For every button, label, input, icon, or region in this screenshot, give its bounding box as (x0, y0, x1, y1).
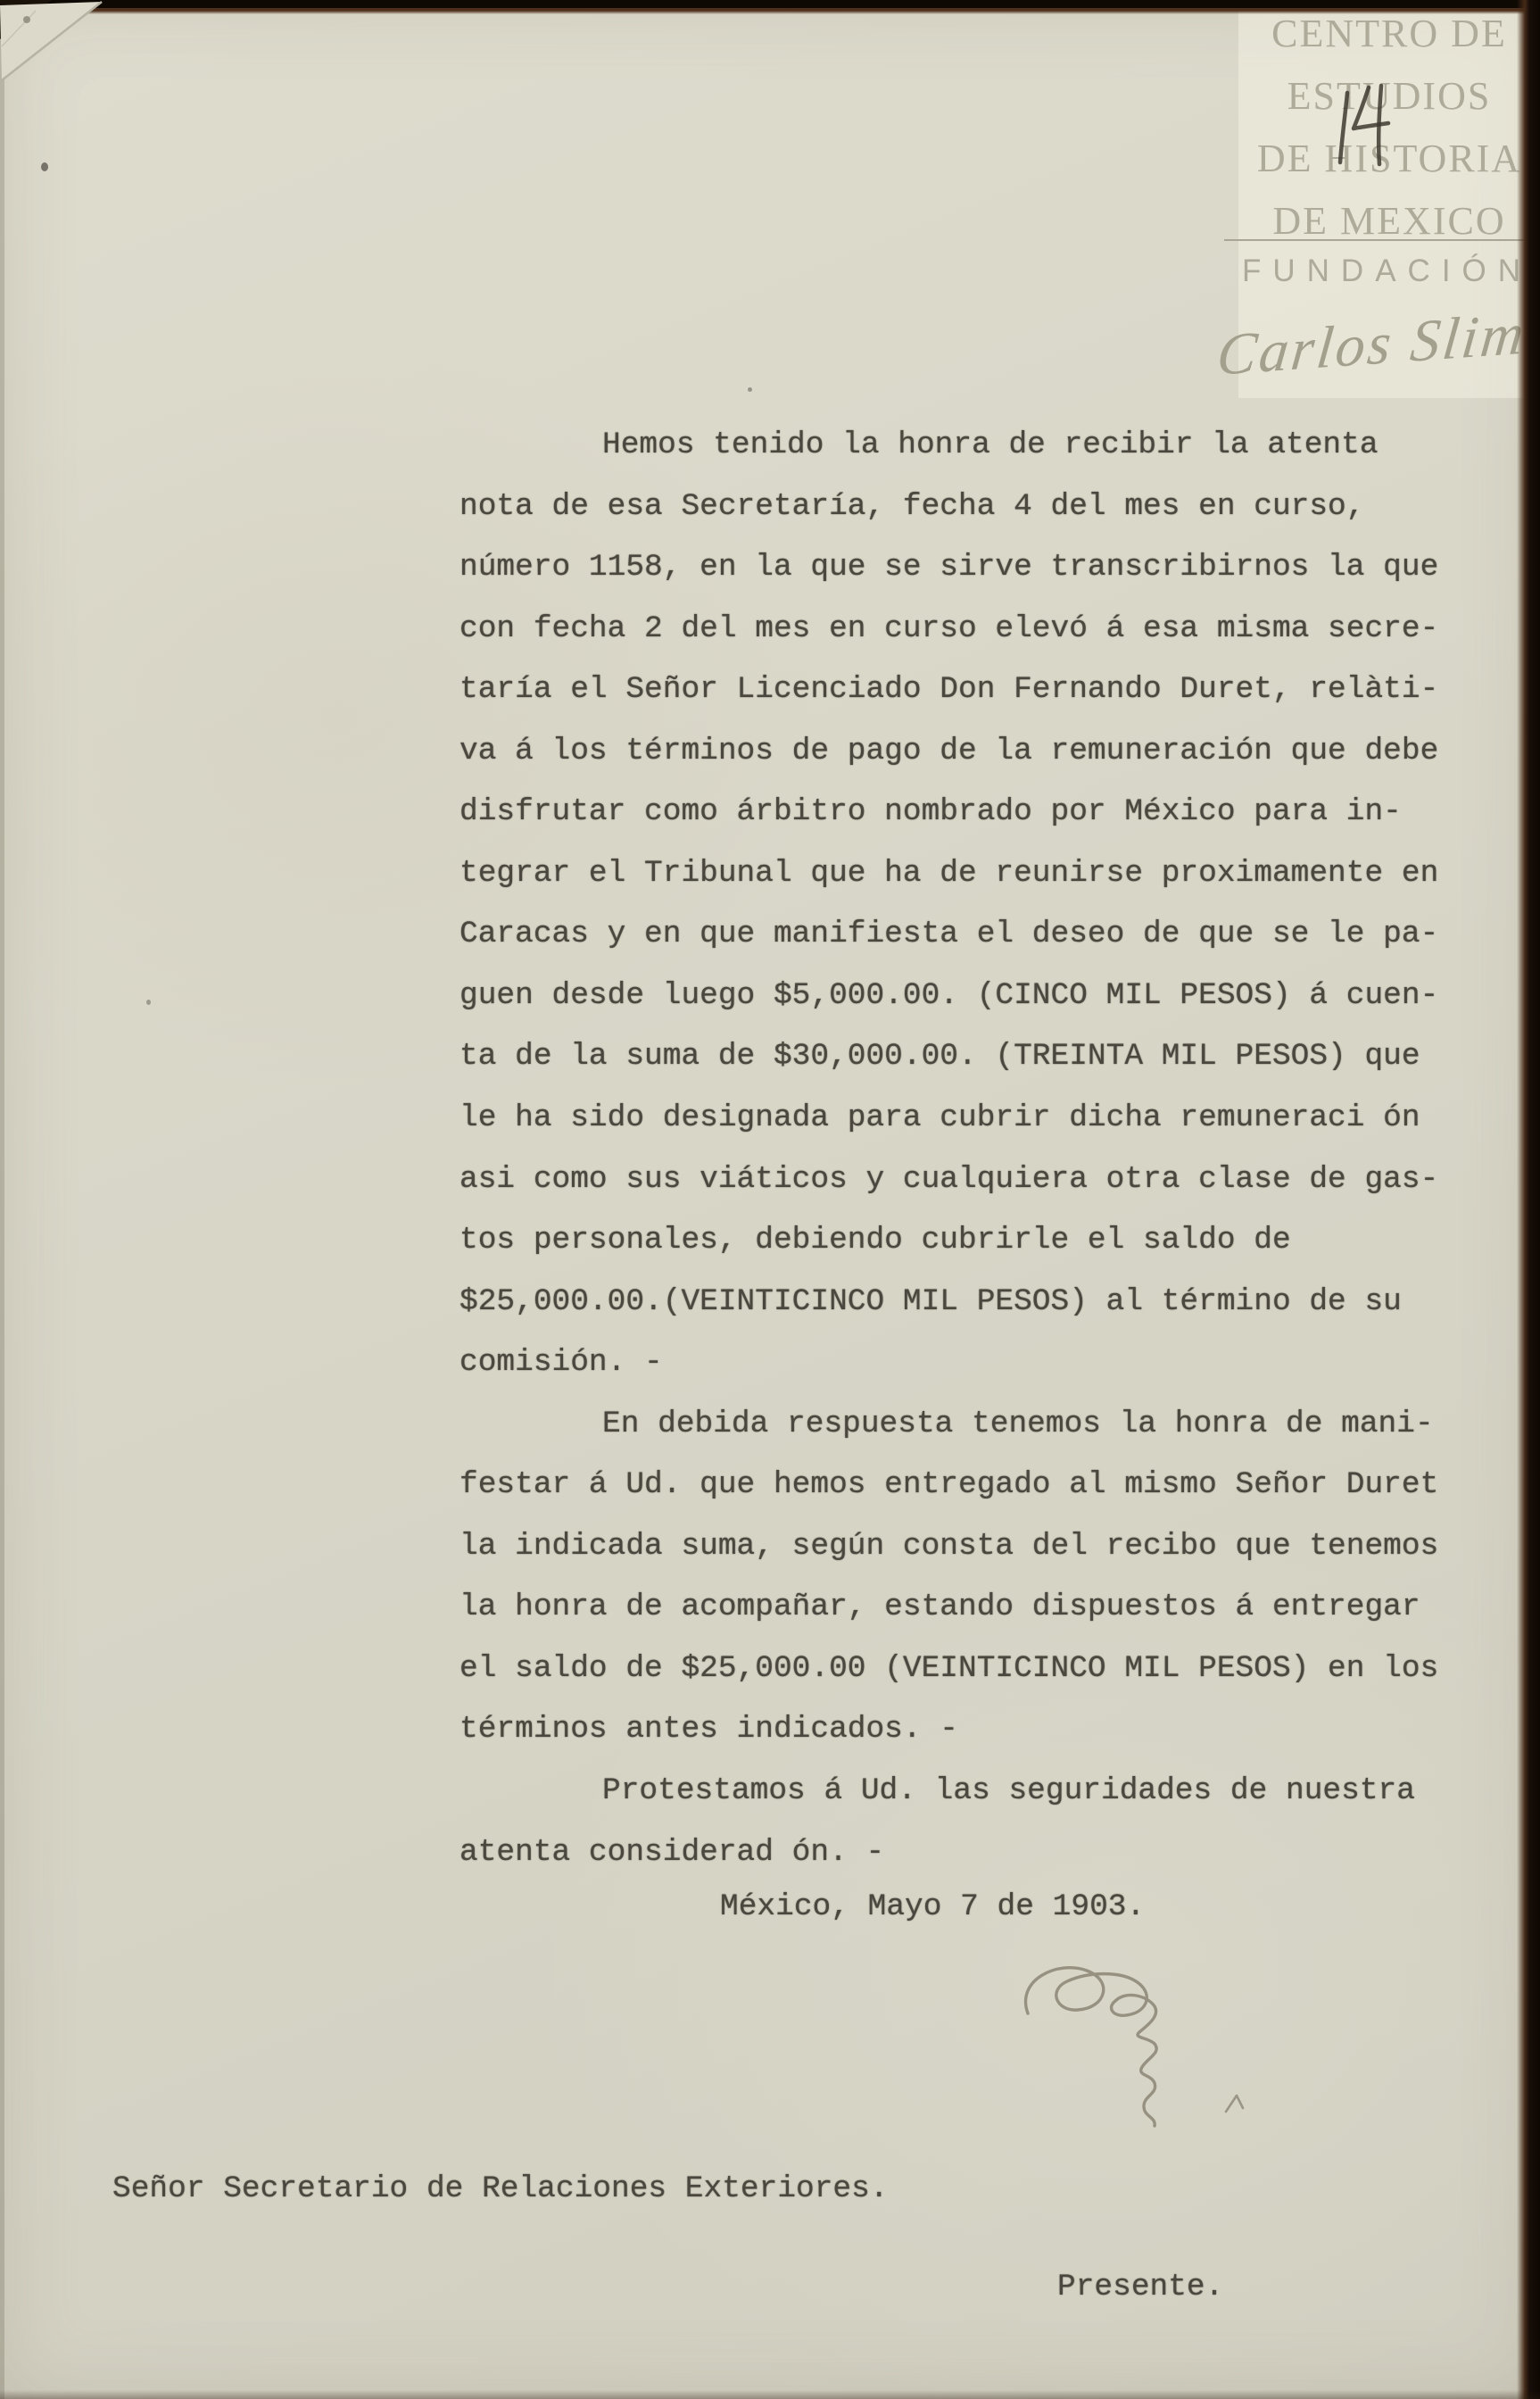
letter-line: comisión. - (460, 1341, 1494, 1402)
letter-line: asi como sus viáticos y cualquiera otra … (460, 1158, 1494, 1219)
letter-line: festar á Ud. que hemos entregado al mism… (460, 1463, 1494, 1524)
letter-line: va á los términos de pago de la remunera… (460, 729, 1494, 791)
watermark-divider (1224, 239, 1540, 241)
letter-line: En debida respuesta tenemos la honra de … (460, 1402, 1494, 1464)
letter-presente: Presente. (1057, 2265, 1223, 2310)
watermark-foundation-label: FUNDACIÓN (1238, 253, 1536, 289)
letter-line: términos antes indicados. - (460, 1707, 1494, 1769)
ink-speck (41, 162, 48, 171)
letter-line: Hemos tenido la honra de recibir la aten… (460, 423, 1494, 485)
letter-line: tos personales, debiendo cubrirle el sal… (460, 1218, 1494, 1280)
handwritten-number-mark (1333, 82, 1397, 171)
letter-line: la honra de acompañar, estando dispuesto… (460, 1585, 1494, 1647)
watermark-line: DE MEXICO (1238, 198, 1540, 244)
page-corner-fold (0, 0, 134, 107)
ink-speck (748, 387, 752, 392)
letter-line: la indicada suma, según consta del recib… (460, 1524, 1494, 1586)
scan-edge-left (0, 0, 4, 2399)
document-page: CENTRO DE ESTUDIOS DE HISTORIA DE MEXICO… (0, 0, 1540, 2399)
letter-line: $25,000.00.(VEINTICINCO MIL PESOS) al té… (460, 1280, 1494, 1341)
letter-line: taría el Señor Licenciado Don Fernando D… (460, 668, 1494, 729)
letter-line: tegrar el Tribunal que ha de reunirse pr… (460, 851, 1494, 913)
scanned-document: CENTRO DE ESTUDIOS DE HISTORIA DE MEXICO… (0, 0, 1540, 2399)
letter-line: número 1158, en la que se sirve transcri… (460, 545, 1494, 607)
letter-line: le ha sido designada para cubrir dicha r… (460, 1096, 1494, 1158)
letter-line: guen desde luego $5,000.00. (CINCO MIL P… (460, 974, 1494, 1035)
letter-line: disfrutar como árbitro nombrado por Méxi… (460, 790, 1494, 851)
letter-line: el saldo de $25,000.00 (VEINTICINCO MIL … (460, 1647, 1494, 1708)
ink-speck (146, 1000, 151, 1005)
letter-line: ta de la suma de $30,000.00. (TREINTA MI… (460, 1034, 1494, 1096)
letter-line: Protestamos á Ud. las seguridades de nue… (460, 1769, 1494, 1830)
letter-line: atenta considerad ón. - (460, 1830, 1494, 1892)
letter-dateline: México, Mayo 7 de 1903. (720, 1885, 1145, 1930)
watermark-line: CENTRO DE (1238, 11, 1540, 56)
letter-line: Caracas y en que manifiesta el deseo de … (460, 912, 1494, 974)
letter-body: Hemos tenido la honra de recibir la aten… (460, 423, 1494, 1891)
letter-line: nota de esa Secretaría, fecha 4 del mes … (460, 485, 1494, 546)
scan-edge-top (0, 0, 1540, 14)
scan-edge-right (1517, 0, 1540, 2399)
letter-addressee: Señor Secretario de Relaciones Exteriore… (112, 2167, 889, 2212)
letter-line: con fecha 2 del mes en curso elevó á esa… (460, 607, 1494, 668)
signature-rubric (973, 1944, 1267, 2149)
scan-edge-bottom (0, 2390, 1540, 2399)
